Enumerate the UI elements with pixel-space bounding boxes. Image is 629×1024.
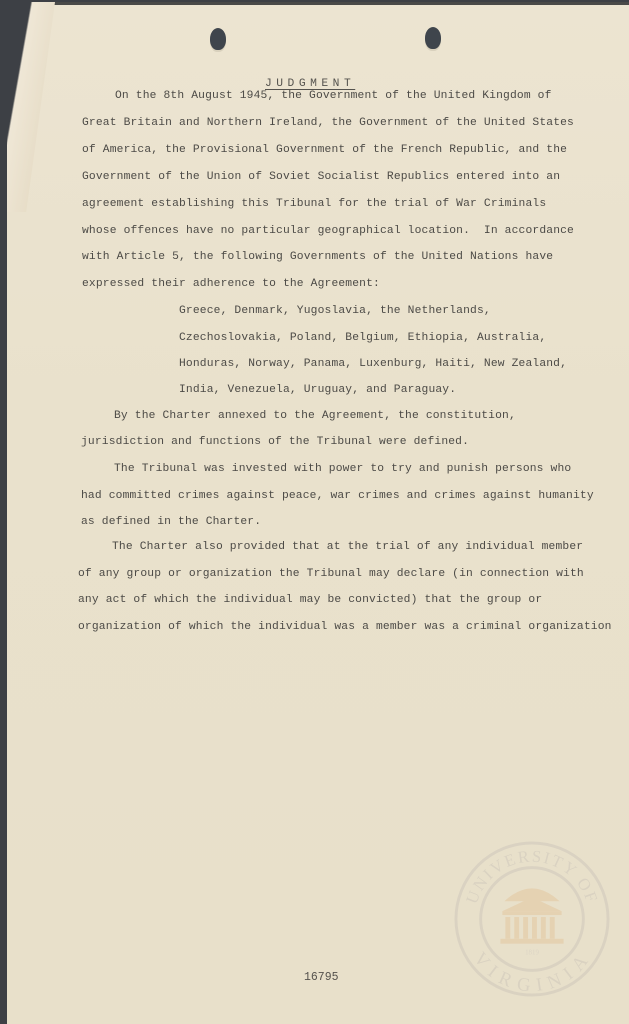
paragraph-line: expressed their adherence to the Agreeme…	[82, 277, 380, 291]
page-number: 16795	[304, 971, 339, 984]
punch-hole-left	[210, 28, 226, 50]
paragraph-line: agreement establishing this Tribunal for…	[82, 197, 546, 211]
punch-hole-right	[425, 27, 441, 49]
page-top-edge	[47, 2, 629, 5]
country-list-line: Czechoslovakia, Poland, Belgium, Ethiopi…	[179, 331, 546, 345]
paragraph-line: with Article 5, the following Government…	[82, 250, 553, 264]
country-list-line: Greece, Denmark, Yugoslavia, the Netherl…	[179, 304, 491, 318]
paragraph-line: By the Charter annexed to the Agreement,…	[114, 409, 516, 423]
paragraph-line: whose offences have no particular geogra…	[82, 224, 574, 238]
paragraph-line: jurisdiction and functions of the Tribun…	[81, 435, 469, 449]
paragraph-line: On the 8th August 1945, the Government o…	[115, 89, 552, 103]
paragraph-line: of America, the Provisional Government o…	[82, 143, 567, 157]
folded-page-corner	[7, 2, 55, 212]
paragraph-line: Great Britain and Northern Ireland, the …	[82, 116, 574, 130]
paragraph-line: any act of which the individual may be c…	[78, 593, 542, 607]
paragraph-line: The Charter also provided that at the tr…	[112, 540, 583, 554]
paragraph-line: The Tribunal was invested with power to …	[114, 462, 571, 476]
svg-text:1819: 1819	[525, 950, 539, 957]
scanned-document: JUDGMENT On the 8th August 1945, the Gov…	[0, 0, 629, 1024]
paragraph-line: had committed crimes against peace, war …	[81, 489, 594, 503]
country-list-line: India, Venezuela, Uruguay, and Paraguay.	[179, 383, 456, 397]
paper-page: JUDGMENT On the 8th August 1945, the Gov…	[7, 2, 629, 1024]
paragraph-line: Government of the Union of Soviet Social…	[82, 170, 560, 184]
paragraph-line: of any group or organization the Tribuna…	[78, 567, 584, 581]
paragraph-line: as defined in the Charter.	[81, 515, 261, 529]
paragraph-line: organization of which the individual was…	[78, 620, 612, 634]
country-list-line: Honduras, Norway, Panama, Luxenburg, Hai…	[179, 357, 567, 371]
university-seal-watermark-icon: UNIVERSITY OF VIRGINIA 1819	[453, 840, 611, 998]
